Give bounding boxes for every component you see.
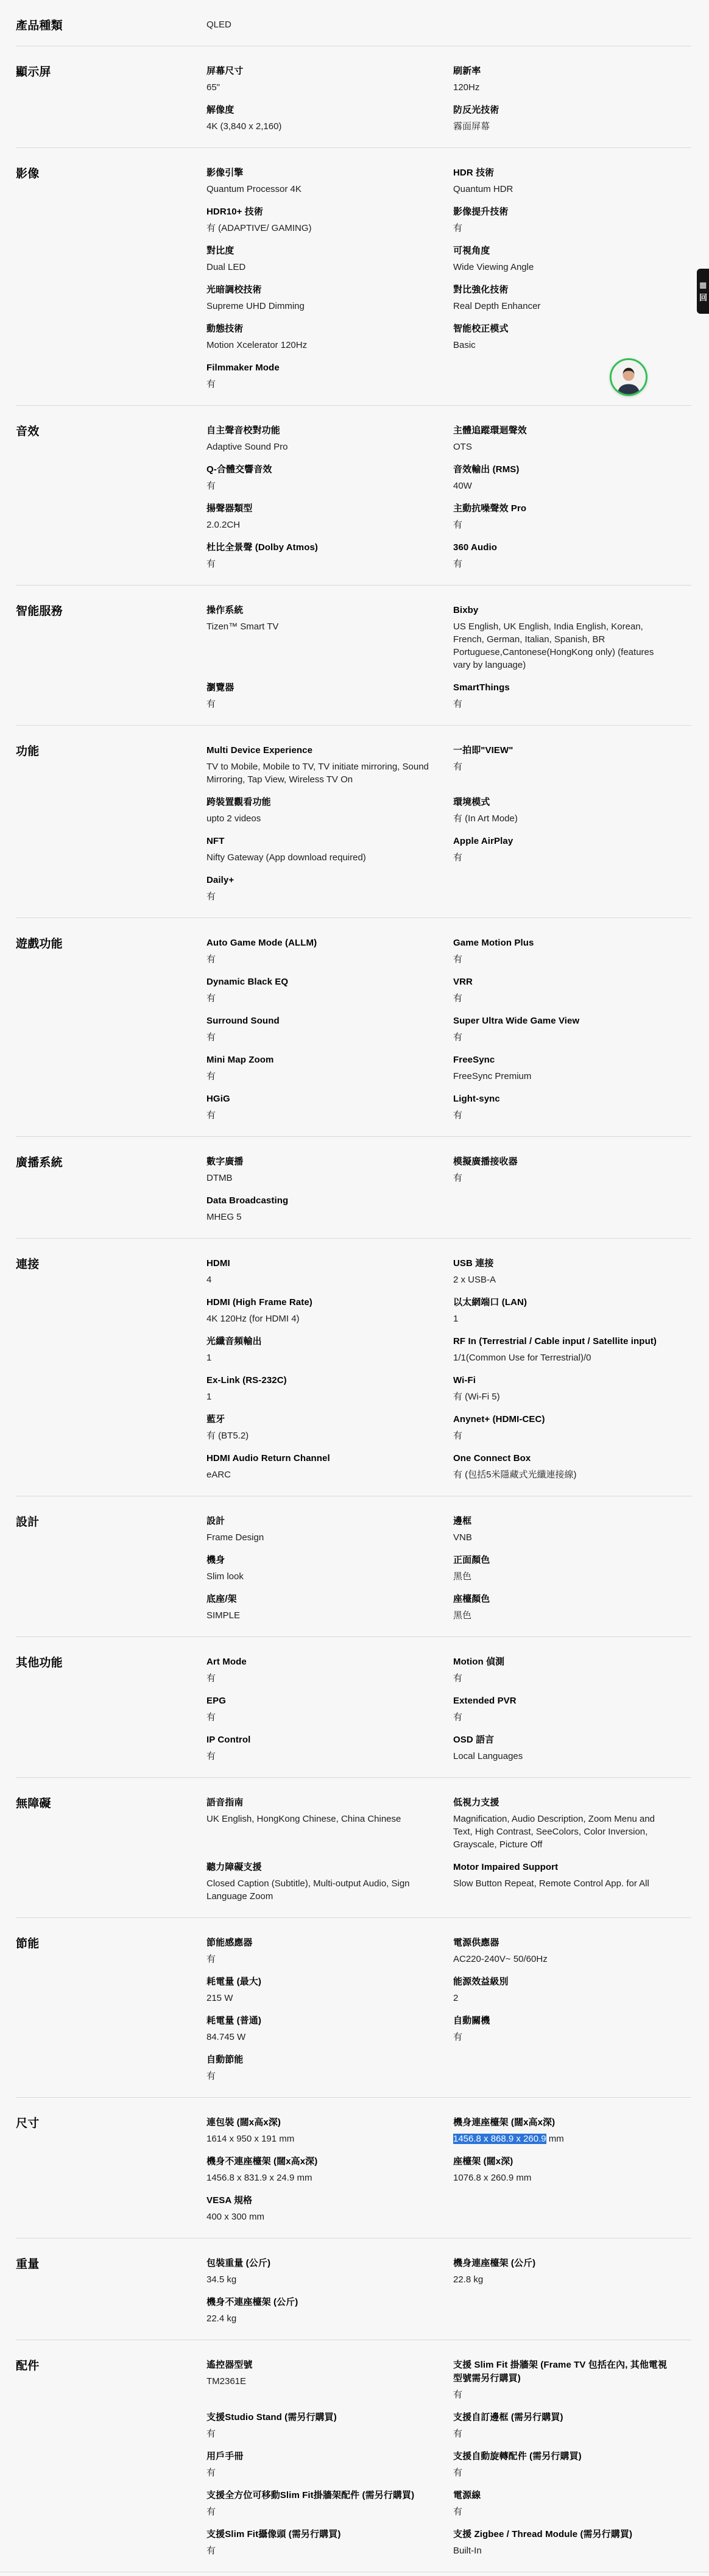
spec-row: 節能感應器有電源供應器AC220-240V~ 50/60Hz (206, 1936, 691, 1975)
section-title: 音效 (16, 424, 206, 580)
spec-label: 支援Slim Fit攝像頭 (需另行購買) (206, 2528, 435, 2541)
spec-row: NFTNifty Gateway (App download required)… (206, 835, 691, 874)
spec-item: 影像提升技術有 (453, 205, 691, 244)
spec-item: 影像引擎Quantum Processor 4K (206, 166, 453, 205)
spec-value: 有 (206, 953, 435, 966)
spec-label: 屏幕尺寸 (206, 65, 435, 78)
spec-value: 有 (453, 2388, 673, 2401)
spec-rows: 數字廣播DTMB模擬廣播接收器有Data BroadcastingMHEG 5 (206, 1155, 691, 1233)
spec-item: 屏幕尺寸65" (206, 65, 453, 104)
spec-value: 1 (453, 1312, 673, 1325)
spec-item: 360 Audio有 (453, 541, 691, 580)
spec-item-empty (453, 2296, 691, 2296)
spec-row: 屏幕尺寸65"刷新率120Hz (206, 65, 691, 104)
spec-value: 有 (453, 992, 673, 1005)
spec-value: 4K 120Hz (for HDMI 4) (206, 1312, 435, 1325)
spec-value-suffix: mm (546, 2134, 564, 2144)
spec-section: 其他功能Art Mode有Motion 偵測有EPG有Extended PVR有… (16, 1637, 691, 1777)
spec-row: 數字廣播DTMB模擬廣播接收器有 (206, 1155, 691, 1194)
spec-item: Wi-Fi有 (Wi-Fi 5) (453, 1374, 691, 1413)
spec-label: 主體追蹤環迴聲效 (453, 424, 673, 437)
spec-item: 聽力障礙支援Closed Caption (Subtitle), Multi-o… (206, 1861, 453, 1913)
spec-label: 以太網端口 (LAN) (453, 1296, 673, 1309)
spec-label: Motor Impaired Support (453, 1861, 673, 1874)
spec-table: 產品種類QLED顯示屏屏幕尺寸65"刷新率120Hz解像度4K (3,840 x… (0, 0, 709, 2572)
spec-row: 支援Studio Stand (需另行購買)有支援自訂邊框 (需另行購買)有 (206, 2411, 691, 2450)
spec-item: Daily+有 (206, 874, 453, 913)
spec-label: Game Motion Plus (453, 936, 673, 950)
spec-value: Real Depth Enhancer (453, 300, 673, 313)
spec-item: 環境模式有 (In Art Mode) (453, 796, 691, 835)
spec-label: 機身 (206, 1554, 435, 1567)
spec-value: 有 (206, 479, 435, 492)
spec-item: 能源效益級別2 (453, 1975, 691, 2014)
spec-label: HDR 技術 (453, 166, 673, 180)
spec-label: 遙控器型號 (206, 2358, 435, 2372)
spec-label: Multi Device Experience (206, 744, 435, 757)
spec-item: Anynet+ (HDMI-CEC)有 (453, 1413, 691, 1452)
spec-value: SIMPLE (206, 1609, 435, 1622)
spec-label: 機身連座檯架 (闊x高x深) (453, 2116, 673, 2129)
spec-value: TV to Mobile, Mobile to TV, TV initiate … (206, 760, 435, 786)
spec-item: 光纖音頻輸出1 (206, 1335, 453, 1374)
spec-label: 座檯顏色 (453, 1593, 673, 1606)
spec-label: 影像引擎 (206, 166, 435, 180)
spec-row: IP Control有OSD 語言Local Languages (206, 1733, 691, 1772)
spec-item: 瀏覽器有 (206, 681, 453, 720)
spec-item: 對比度Dual LED (206, 244, 453, 283)
spec-label: Q-合體交響音效 (206, 463, 435, 476)
spec-value: 65" (206, 81, 435, 94)
section-title: 連接 (16, 1257, 206, 1491)
spec-value: UK English, HongKong Chinese, China Chin… (206, 1813, 435, 1825)
spec-item: 藍牙有 (BT5.2) (206, 1413, 453, 1452)
spec-label: 機身連座檯架 (公斤) (453, 2257, 673, 2270)
spec-label: 模擬廣播接收器 (453, 1155, 673, 1169)
grid-icon: ▦ (699, 281, 707, 289)
spec-item: 數字廣播DTMB (206, 1155, 453, 1194)
spec-label: 正面顏色 (453, 1554, 673, 1567)
spec-value: 120Hz (453, 81, 673, 94)
spec-value: Basic (453, 339, 673, 352)
spec-item: IP Control有 (206, 1733, 453, 1772)
spec-value: 有 (206, 1750, 435, 1763)
spec-row: Auto Game Mode (ALLM)有Game Motion Plus有 (206, 936, 691, 975)
spec-item: 遙控器型號TM2361E (206, 2358, 453, 2397)
spec-item: VESA 規格400 x 300 mm (206, 2194, 453, 2233)
spec-label: 自主聲音校對功能 (206, 424, 435, 437)
spec-row: 遙控器型號TM2361E支援 Slim Fit 掛牆架 (Frame TV 包括… (206, 2358, 691, 2411)
spec-label: 能源效益級別 (453, 1975, 673, 1989)
spec-item: 低視力支援Magnification, Audio Description, Z… (453, 1796, 691, 1861)
section-title: 顯示屏 (16, 65, 206, 143)
spec-rows: 語音指南UK English, HongKong Chinese, China … (206, 1796, 691, 1913)
spec-row: 機身不連座檯架 (公斤)22.4 kg (206, 2296, 691, 2335)
spec-value: Quantum Processor 4K (206, 183, 435, 196)
spec-item: 動態技術Motion Xcelerator 120Hz (206, 322, 453, 361)
spec-value: 有 (206, 1953, 435, 1966)
spec-label: RF In (Terrestrial / Cable input / Satel… (453, 1335, 673, 1348)
spec-value: 400 x 300 mm (206, 2210, 435, 2223)
spec-label: 機身不連座檯架 (公斤) (206, 2296, 435, 2309)
spec-row: 耗電量 (普通)84.745 W自動關機有 (206, 2014, 691, 2053)
spec-value: US English, UK English, India English, K… (453, 620, 673, 671)
spec-value: Magnification, Audio Description, Zoom M… (453, 1813, 673, 1851)
spec-item: Dynamic Black EQ有 (206, 975, 453, 1014)
spec-row: Data BroadcastingMHEG 5 (206, 1194, 691, 1233)
spec-label: 語音指南 (206, 1796, 435, 1810)
spec-label: Dynamic Black EQ (206, 975, 435, 989)
spec-item: 自動關機有 (453, 2014, 691, 2053)
spec-item: QLED (206, 18, 453, 41)
spec-item: 包裝重量 (公斤)34.5 kg (206, 2257, 453, 2296)
spec-label: Surround Sound (206, 1014, 435, 1028)
spec-value: AC220-240V~ 50/60Hz (453, 1953, 673, 1966)
spec-value: 有 (BT5.2) (206, 1429, 435, 1442)
spec-label: HDMI Audio Return Channel (206, 1452, 435, 1465)
section-title: 影像 (16, 166, 206, 400)
spec-label: 跨裝置觀看功能 (206, 796, 435, 809)
spec-item: 光暗調校技術Supreme UHD Dimming (206, 283, 453, 322)
spec-value: Local Languages (453, 1750, 673, 1763)
spec-value: 有 (453, 1711, 673, 1724)
spec-item: HDR 技術Quantum HDR (453, 166, 691, 205)
spec-value: 34.5 kg (206, 2273, 435, 2286)
spec-section: 顯示屏屏幕尺寸65"刷新率120Hz解像度4K (3,840 x 2,160)防… (16, 46, 691, 147)
section-title: 節能 (16, 1936, 206, 2092)
spec-value: Tizen™ Smart TV (206, 620, 435, 633)
spec-item: 設計Frame Design (206, 1515, 453, 1554)
spec-label: HGiG (206, 1092, 435, 1106)
spec-item: RF In (Terrestrial / Cable input / Satel… (453, 1335, 691, 1374)
spec-item: USB 連接2 x USB-A (453, 1257, 691, 1296)
spec-item: 機身不連座檯架 (闊x高x深)1456.8 x 831.9 x 24.9 mm (206, 2155, 453, 2194)
spec-row: 支援全方位可移動Slim Fit掛牆架配件 (需另行購買)有電源線有 (206, 2489, 691, 2528)
spec-row: VESA 規格400 x 300 mm (206, 2194, 691, 2233)
spec-value: 1614 x 950 x 191 mm (206, 2132, 435, 2145)
spec-item: 可視角度Wide Viewing Angle (453, 244, 691, 283)
section-title: 重量 (16, 2257, 206, 2335)
spec-value: 2.0.2CH (206, 518, 435, 531)
spec-label: 電源供應器 (453, 1936, 673, 1950)
spec-value: 有 (206, 1070, 435, 1083)
spec-label: 環境模式 (453, 796, 673, 809)
spec-label: Motion 偵測 (453, 1655, 673, 1669)
spec-value: 有 (206, 1711, 435, 1724)
spec-row: 耗電量 (最大)215 W能源效益級別2 (206, 1975, 691, 2014)
spec-value: 22.8 kg (453, 2273, 673, 2286)
spec-label: 解像度 (206, 104, 435, 117)
spec-item: Ex-Link (RS-232C)1 (206, 1374, 453, 1413)
spec-value: 1 (206, 1390, 435, 1403)
spec-rows: 包裝重量 (公斤)34.5 kg機身連座檯架 (公斤)22.8 kg機身不連座檯… (206, 2257, 691, 2335)
spec-value: Slow Button Repeat, Remote Control App. … (453, 1877, 673, 1890)
section-title: 尺寸 (16, 2116, 206, 2233)
spec-item: HDMI4 (206, 1257, 453, 1296)
spec-item: 機身連座檯架 (公斤)22.8 kg (453, 2257, 691, 2296)
spec-label: Ex-Link (RS-232C) (206, 1374, 435, 1387)
spec-item: 主動抗噪聲效 Pro有 (453, 502, 691, 541)
spec-label: Apple AirPlay (453, 835, 673, 848)
spec-item: 支援自訂邊框 (需另行購買)有 (453, 2411, 691, 2450)
spec-item: 防反光技術霧面屏幕 (453, 104, 691, 143)
spec-item: 機身不連座檯架 (公斤)22.4 kg (206, 2296, 453, 2335)
spec-item: Multi Device ExperienceTV to Mobile, Mob… (206, 744, 453, 796)
spec-label: 智能校正模式 (453, 322, 673, 336)
spec-item: EPG有 (206, 1694, 453, 1733)
spec-rows: Auto Game Mode (ALLM)有Game Motion Plus有D… (206, 936, 691, 1131)
spec-label: VRR (453, 975, 673, 989)
spec-label: Super Ultra Wide Game View (453, 1014, 673, 1028)
spec-item: 自主聲音校對功能Adaptive Sound Pro (206, 424, 453, 463)
section-title: 廣播系統 (16, 1155, 206, 1233)
spec-item: VRR有 (453, 975, 691, 1014)
spec-value: 有 (453, 851, 673, 864)
spec-item: Game Motion Plus有 (453, 936, 691, 975)
spec-label: 一拍即"VIEW" (453, 744, 673, 757)
spec-value: 有 (453, 1031, 673, 1044)
spec-label: 邊框 (453, 1515, 673, 1528)
spec-label: 瀏覽器 (206, 681, 435, 695)
live-chat-avatar-button[interactable] (610, 358, 647, 396)
spec-label: 可視角度 (453, 244, 673, 258)
spec-item: Auto Game Mode (ALLM)有 (206, 936, 453, 975)
spec-row: Art Mode有Motion 偵測有 (206, 1655, 691, 1694)
spec-item: NFTNifty Gateway (App download required) (206, 835, 453, 874)
spec-label: 支援自訂邊框 (需另行購買) (453, 2411, 673, 2424)
spec-value: 4K (3,840 x 2,160) (206, 120, 435, 133)
spec-row: 機身Slim look正面顏色黑色 (206, 1554, 691, 1593)
spec-row: 自主聲音校對功能Adaptive Sound Pro主體追蹤環迴聲效OTS (206, 424, 691, 463)
spec-row: 機身不連座檯架 (闊x高x深)1456.8 x 831.9 x 24.9 mm座… (206, 2155, 691, 2194)
spec-item: 正面顏色黑色 (453, 1554, 691, 1593)
spec-row: HGiG有Light-sync有 (206, 1092, 691, 1131)
spec-rows: HDMI4USB 連接2 x USB-AHDMI (High Frame Rat… (206, 1257, 691, 1491)
spec-rows: 自主聲音校對功能Adaptive Sound Pro主體追蹤環迴聲效OTSQ-合… (206, 424, 691, 580)
spec-item: FreeSyncFreeSync Premium (453, 1053, 691, 1092)
spec-item: Mini Map Zoom有 (206, 1053, 453, 1092)
spec-value: 有 (In Art Mode) (453, 812, 673, 825)
spec-value: 有 (206, 1672, 435, 1685)
spec-value: 有 (453, 698, 673, 710)
spec-value: Slim look (206, 1570, 435, 1583)
spec-label: 支援Studio Stand (需另行購買) (206, 2411, 435, 2424)
spec-label: NFT (206, 835, 435, 848)
spec-label: 機身不連座檯架 (闊x高x深) (206, 2155, 435, 2168)
spec-label: 影像提升技術 (453, 205, 673, 219)
spec-row: 用戶手冊有支援自動旋轉配件 (需另行購買)有 (206, 2450, 691, 2489)
section-title: 產品種類 (16, 18, 206, 41)
spec-item: 支援Studio Stand (需另行購買)有 (206, 2411, 453, 2450)
spec-value: 有 (206, 890, 435, 903)
spec-value: 有 (453, 2031, 673, 2043)
spec-item: HDR10+ 技術有 (ADAPTIVE/ GAMING) (206, 205, 453, 244)
spec-label: 節能感應器 (206, 1936, 435, 1950)
spec-item: 支援全方位可移動Slim Fit掛牆架配件 (需另行購買)有 (206, 2489, 453, 2528)
spec-item: 座檯顏色黑色 (453, 1593, 691, 1632)
spec-value: Built-In (453, 2544, 673, 2557)
section-title: 設計 (16, 1515, 206, 1632)
spec-label: 設計 (206, 1515, 435, 1528)
spec-section: 設計設計Frame Design邊框VNB機身Slim look正面顏色黑色底座… (16, 1496, 691, 1637)
spec-value: Nifty Gateway (App download required) (206, 851, 435, 864)
spec-row: Dynamic Black EQ有VRR有 (206, 975, 691, 1014)
spec-label: 自動關機 (453, 2014, 673, 2028)
spec-label: 音效輸出 (RMS) (453, 463, 673, 476)
spec-label: 防反光技術 (453, 104, 673, 117)
spec-row: 動態技術Motion Xcelerator 120Hz智能校正模式Basic (206, 322, 691, 361)
qr-icon: 回 (699, 294, 707, 302)
spec-value: 有 (206, 378, 435, 391)
section-title: 無障礙 (16, 1796, 206, 1913)
spec-value: 有 (453, 2466, 673, 2479)
spec-rows: QLED (206, 18, 691, 41)
spec-label: 光纖音頻輸出 (206, 1335, 435, 1348)
spec-rows: 操作系統Tizen™ Smart TVBixbyUS English, UK E… (206, 604, 691, 720)
spec-value: 有 (ADAPTIVE/ GAMING) (206, 222, 435, 235)
spec-label: Data Broadcasting (206, 1194, 435, 1208)
spec-value: 2 (453, 1992, 673, 2005)
section-title: 智能服務 (16, 604, 206, 720)
spec-value: 有 (453, 518, 673, 531)
spec-label: 聽力障礙支援 (206, 1861, 435, 1874)
spec-item: 對比強化技術Real Depth Enhancer (453, 283, 691, 322)
spec-item: 支援Slim Fit攝像頭 (需另行購買)有 (206, 2528, 453, 2567)
spec-item: Q-合體交響音效有 (206, 463, 453, 502)
spec-value: 40W (453, 479, 673, 492)
spec-item: 解像度4K (3,840 x 2,160) (206, 104, 453, 143)
section-title: 其他功能 (16, 1655, 206, 1772)
spec-item: 杜比全景聲 (Dolby Atmos)有 (206, 541, 453, 580)
spec-item: HDMI (High Frame Rate)4K 120Hz (for HDMI… (206, 1296, 453, 1335)
spec-value: 黑色 (453, 1570, 673, 1583)
spec-item: 支援 Slim Fit 掛牆架 (Frame TV 包括在內, 其他電視型號需另… (453, 2358, 691, 2411)
spec-item: Art Mode有 (206, 1655, 453, 1694)
spec-value: Frame Design (206, 1531, 435, 1544)
spec-value: 有 (206, 1031, 435, 1044)
spec-value: Closed Caption (Subtitle), Multi-output … (206, 1877, 435, 1903)
spec-label: Wi-Fi (453, 1374, 673, 1387)
spec-value: 215 W (206, 1992, 435, 2005)
spec-value: VNB (453, 1531, 673, 1544)
spec-row: 揚聲器類型2.0.2CH主動抗噪聲效 Pro有 (206, 502, 691, 541)
spec-row: 影像引擎Quantum Processor 4KHDR 技術Quantum HD… (206, 166, 691, 205)
spec-label: IP Control (206, 1733, 435, 1747)
spec-value: 有 (206, 2466, 435, 2479)
spec-label: 揚聲器類型 (206, 502, 435, 515)
spec-value: Quantum HDR (453, 183, 673, 196)
spec-label: Extended PVR (453, 1694, 673, 1708)
spec-section: 節能節能感應器有電源供應器AC220-240V~ 50/60Hz耗電量 (最大)… (16, 1917, 691, 2097)
spec-value: 有 (453, 222, 673, 235)
spec-row: 聽力障礙支援Closed Caption (Subtitle), Multi-o… (206, 1861, 691, 1913)
spec-value: 有 (Wi-Fi 5) (453, 1390, 673, 1403)
spec-value: MHEG 5 (206, 1211, 435, 1223)
spec-value: upto 2 videos (206, 812, 435, 825)
spec-rows: 遙控器型號TM2361E支援 Slim Fit 掛牆架 (Frame TV 包括… (206, 2358, 691, 2567)
spec-label: 低視力支援 (453, 1796, 673, 1810)
spec-value: 有 (453, 760, 673, 773)
spec-value: 有 (206, 1109, 435, 1122)
spec-label: OSD 語言 (453, 1733, 673, 1747)
spec-label: 支援 Zigbee / Thread Module (需另行購買) (453, 2528, 673, 2541)
spec-item: 智能校正模式Basic (453, 322, 691, 361)
spec-value: 1 (206, 1351, 435, 1364)
spec-item: 支援自動旋轉配件 (需另行購買)有 (453, 2450, 691, 2489)
spec-value: 2 x USB-A (453, 1273, 673, 1286)
spec-label: 耗電量 (最大) (206, 1975, 435, 1989)
spec-row: 解像度4K (3,840 x 2,160)防反光技術霧面屏幕 (206, 104, 691, 143)
spec-item: 電源線有 (453, 2489, 691, 2528)
spec-value: Dual LED (206, 261, 435, 274)
spec-item: 機身Slim look (206, 1554, 453, 1593)
spec-item-empty (453, 2053, 691, 2054)
spec-item: Data BroadcastingMHEG 5 (206, 1194, 453, 1233)
spec-label: 對比強化技術 (453, 283, 673, 297)
spec-value: 有 (453, 2427, 673, 2440)
spec-label: 電源線 (453, 2489, 673, 2502)
spec-rows: Multi Device ExperienceTV to Mobile, Mob… (206, 744, 691, 913)
spec-label: 對比度 (206, 244, 435, 258)
spec-value: eARC (206, 1468, 435, 1481)
spec-item: HDMI Audio Return ChanneleARC (206, 1452, 453, 1491)
spec-item: 機身連座檯架 (闊x高x深)1456.8 x 868.9 x 260.9 mm (453, 2116, 691, 2155)
spec-item: 揚聲器類型2.0.2CH (206, 502, 453, 541)
spec-value: 有 (包括5米隱藏式光纖連接線) (453, 1468, 673, 1481)
spec-value: 1456.8 x 868.9 x 260.9 mm (453, 2132, 673, 2145)
spec-row: 杜比全景聲 (Dolby Atmos)有360 Audio有 (206, 541, 691, 580)
spec-item: 語音指南UK English, HongKong Chinese, China … (206, 1796, 453, 1835)
spec-rows: 節能感應器有電源供應器AC220-240V~ 50/60Hz耗電量 (最大)21… (206, 1936, 691, 2092)
spec-label: USB 連接 (453, 1257, 673, 1270)
spec-item: Surround Sound有 (206, 1014, 453, 1053)
floating-qr-tab[interactable]: ▦ 回 (697, 269, 709, 314)
spec-label: EPG (206, 1694, 435, 1708)
spec-value: 有 (453, 953, 673, 966)
spec-row: 語音指南UK English, HongKong Chinese, China … (206, 1796, 691, 1861)
spec-label: HDR10+ 技術 (206, 205, 435, 219)
spec-value: 有 (453, 1109, 673, 1122)
spec-section: 影像影像引擎Quantum Processor 4KHDR 技術Quantum … (16, 147, 691, 405)
spec-label: FreeSync (453, 1053, 673, 1067)
text-selection: 1456.8 x 868.9 x 260.9 (453, 2134, 546, 2144)
spec-label: 刷新率 (453, 65, 673, 78)
spec-label: 藍牙 (206, 1413, 435, 1426)
spec-section: 連接HDMI4USB 連接2 x USB-AHDMI (High Frame R… (16, 1238, 691, 1496)
spec-value: 有 (206, 557, 435, 570)
spec-label: 座檯架 (闊x深) (453, 2155, 673, 2168)
spec-section: 無障礙語音指南UK English, HongKong Chinese, Chi… (16, 1777, 691, 1917)
spec-label: 用戶手冊 (206, 2450, 435, 2463)
spec-section: 智能服務操作系統Tizen™ Smart TVBixbyUS English, … (16, 585, 691, 725)
spec-value: DTMB (206, 1172, 435, 1184)
spec-label: Bixby (453, 604, 673, 617)
spec-label: One Connect Box (453, 1452, 673, 1465)
section-title: 遊戲功能 (16, 936, 206, 1131)
spec-label: Auto Game Mode (ALLM) (206, 936, 435, 950)
spec-item: 自動節能有 (206, 2053, 453, 2092)
spec-section: 遊戲功能Auto Game Mode (ALLM)有Game Motion Pl… (16, 918, 691, 1136)
product-spec-page: 產品種類QLED顯示屏屏幕尺寸65"刷新率120Hz解像度4K (3,840 x… (0, 0, 709, 2576)
spec-label: 自動節能 (206, 2053, 435, 2067)
spec-value: Supreme UHD Dimming (206, 300, 435, 313)
spec-value: 霧面屏幕 (453, 120, 673, 133)
spec-value: FreeSync Premium (453, 1070, 673, 1083)
spec-label: 支援自動旋轉配件 (需另行購買) (453, 2450, 673, 2463)
spec-label: Art Mode (206, 1655, 435, 1669)
spec-rows: Art Mode有Motion 偵測有EPG有Extended PVR有IP C… (206, 1655, 691, 1772)
spec-label: 底座/架 (206, 1593, 435, 1606)
